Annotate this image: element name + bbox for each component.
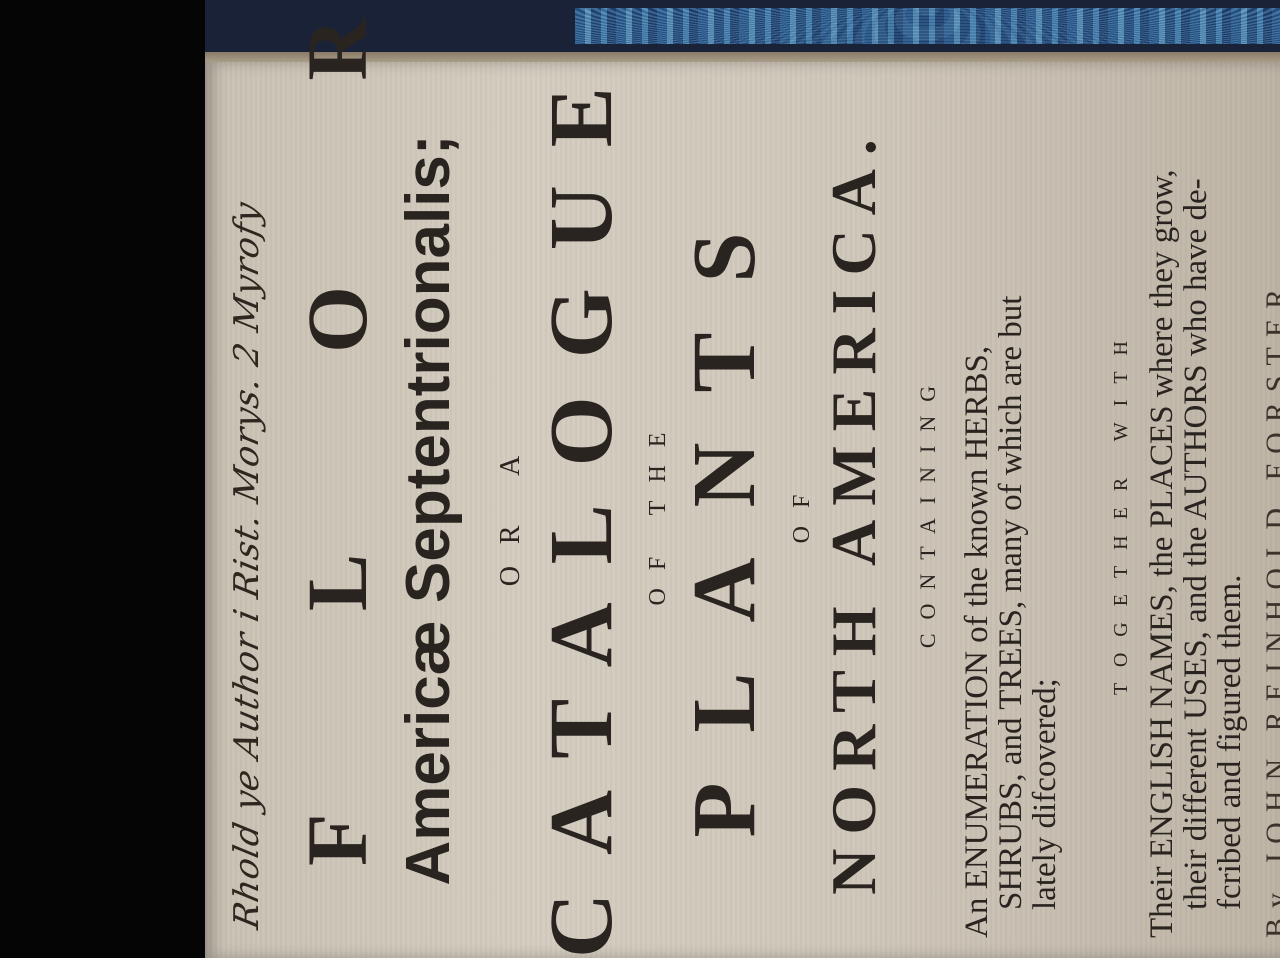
author-line-partial: By JOHN REINHOLD FORSTER [1260, 78, 1280, 938]
marbled-endpaper [575, 8, 1280, 44]
together-with-text: TOGETHER WITH [1110, 62, 1133, 958]
paragraph-line: lately difcovered; [1028, 78, 1062, 938]
plants-heading: PLANTS [673, 62, 776, 958]
catalogue-heading: CATALOGUE [530, 62, 633, 958]
paragraph-line: their different USES, and the AUTHORS wh… [1179, 78, 1213, 938]
names-paragraph: Their ENGLISH NAMES, the PLACES where th… [1145, 78, 1247, 938]
paragraph-line: An ENUMERATION of the known HERBS, [960, 78, 994, 938]
paragraph-line: fcribed and figured them. [1213, 78, 1247, 938]
enumeration-paragraph: An ENUMERATION of the known HERBS, SHRUB… [960, 78, 1062, 938]
region-heading: NORTH AMERICA. [817, 62, 891, 958]
book-subtitle: Americæ Septentrionalis; [393, 62, 464, 958]
title-page-text: Rhold ye Author i Rist. Morys. 2 Myrofy … [205, 62, 1280, 958]
of-the-text: OF THE [645, 62, 672, 958]
handwritten-inscription: Rhold ye Author i Rist. Morys. 2 Myrofy [227, 28, 267, 933]
or-a-text: OR A [495, 62, 527, 958]
book-title: F L O R A [287, 0, 387, 958]
paragraph-line: SHRUBS, and TREES, many of which are but [994, 78, 1028, 938]
paragraph-line: Their ENGLISH NAMES, the PLACES where th… [1145, 78, 1179, 938]
containing-text: CONTAINING [915, 62, 941, 958]
of-text: OF [789, 62, 816, 958]
